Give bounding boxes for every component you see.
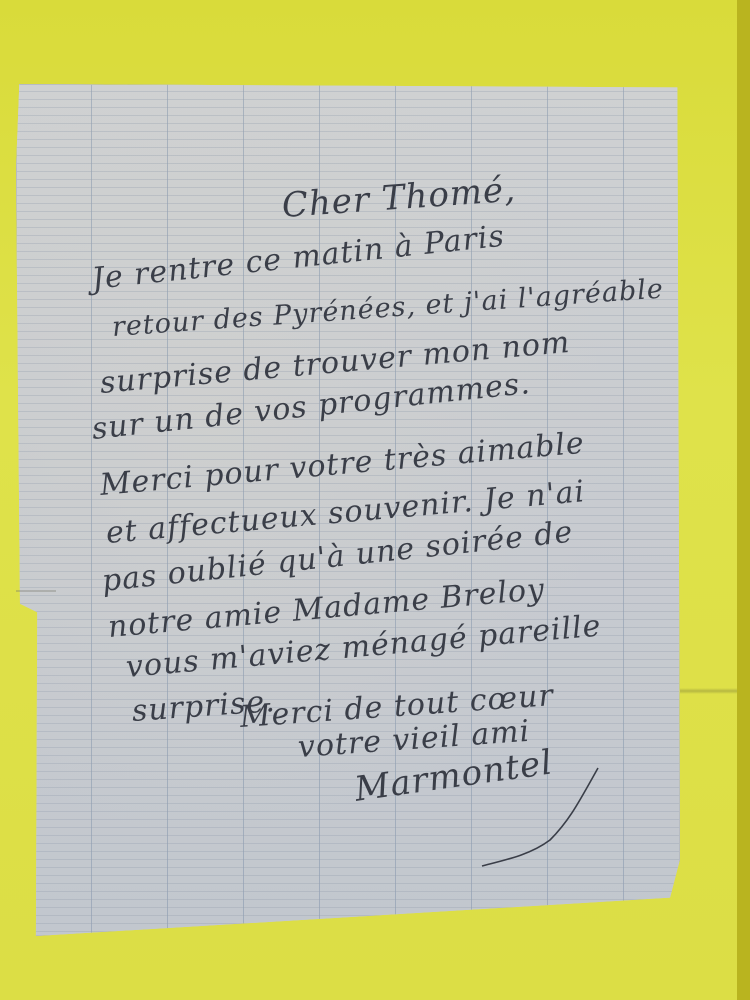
background-crease: [680, 688, 737, 694]
paper-fold: [16, 590, 56, 592]
background-shadow-edge: [737, 0, 750, 1000]
signature-flourish-icon: [480, 760, 610, 870]
